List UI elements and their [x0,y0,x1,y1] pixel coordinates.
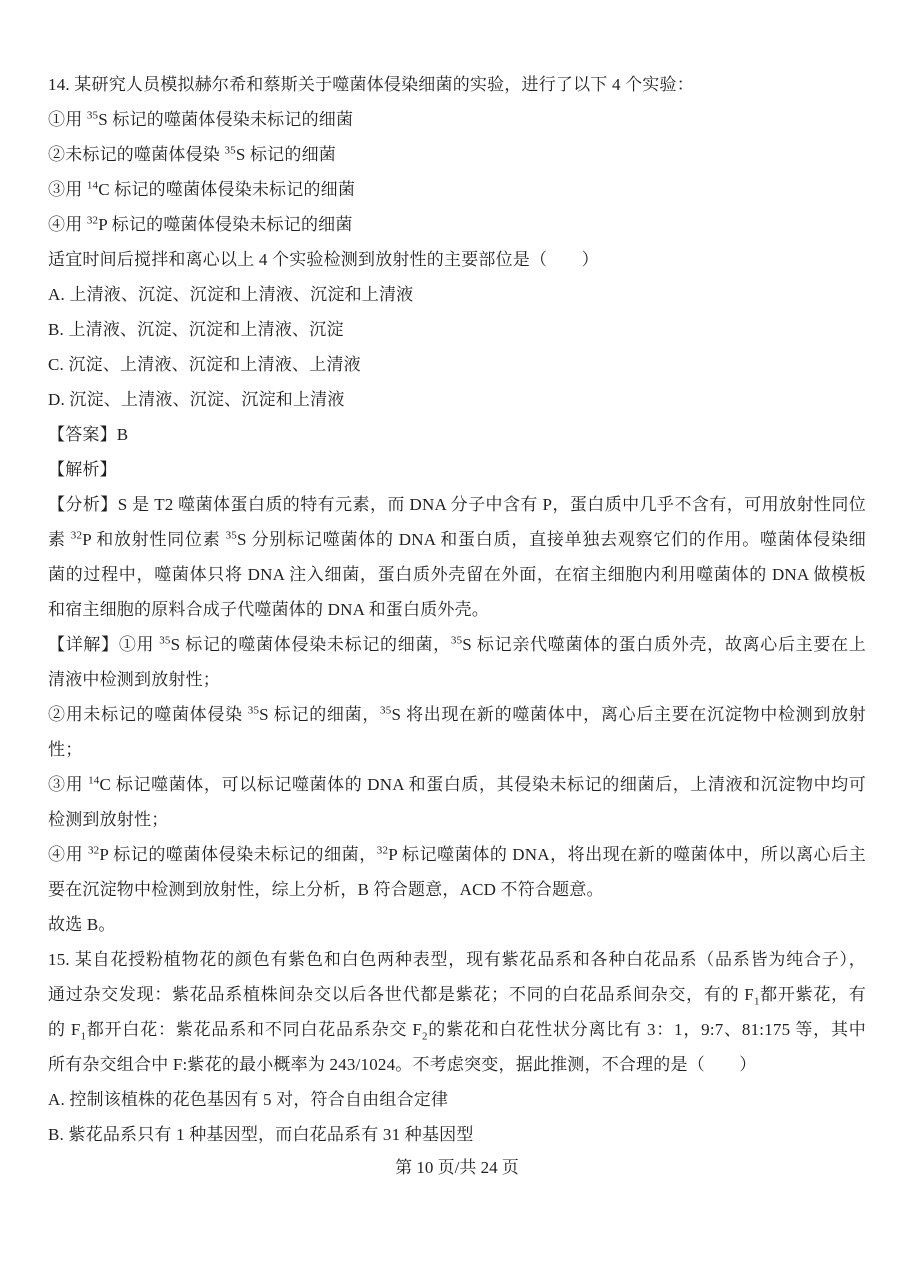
q15-option-a: A. 控制该植株的花色基因有 5 对，符合自由组合定律 [48,1082,866,1117]
q14-detail-4-line-1: ④用 32P 标记的噬菌体侵染未标记的细菌，32P 标记噬菌体的 DNA，将出现… [48,837,866,872]
q14-analysis-line-3: 菌的过程中，噬菌体只将 DNA 注入细菌，蛋白质外壳留在外面，在宿主细胞内利用噬… [48,557,866,592]
q14-option-c: C. 沉淀、上清液、沉淀和上清液、上清液 [48,347,866,382]
q14-analysis-line-1: 【分析】S 是 T2 噬菌体蛋白质的特有元素，而 DNA 分子中含有 P，蛋白质… [48,487,866,522]
q14-option-d: D. 沉淀、上清液、沉淀、沉淀和上清液 [48,382,866,417]
exam-page: 14. 某研究人员模拟赫尔希和蔡斯关于噬菌体侵染细菌的实验，进行了以下 4 个实… [0,0,900,1273]
q15-option-b: B. 紫花品系只有 1 种基因型，而白花品系有 31 种基因型 [48,1117,866,1152]
q14-detail-2-line-2: 性； [48,732,866,767]
q14-analysis-heading: 【解析】 [48,452,866,487]
page-footer: 第 10 页/共 24 页 [48,1152,866,1187]
q14-detail-3-line-1: ③用 14C 标记噬菌体，可以标记噬菌体的 DNA 和蛋白质，其侵染未标记的细菌… [48,767,866,802]
q14-analysis-line-2: 素 32P 和放射性同位素 35S 分别标记噬菌体的 DNA 和蛋白质，直接单独… [48,522,866,557]
q14-question-line: 适宜时间后搅拌和离心以上 4 个实验检测到放射性的主要部位是（ ） [48,242,866,277]
q14-detail-4-line-2: 要在沉淀物中检测到放射性，综上分析，B 符合题意，ACD 不符合题意。 [48,872,866,907]
page-content: 14. 某研究人员模拟赫尔希和蔡斯关于噬菌体侵染细菌的实验，进行了以下 4 个实… [48,67,866,1187]
q15-stem-line-1: 15. 某自花授粉植物花的颜色有紫色和白色两种表型，现有紫花品系和各种白花品系（… [48,942,866,977]
q14-answer: 【答案】B [48,417,866,452]
q14-stem: 14. 某研究人员模拟赫尔希和蔡斯关于噬菌体侵染细菌的实验，进行了以下 4 个实… [48,67,866,102]
q15-stem-line-4: 所有杂交组合中 F:紫花的最小概率为 243/1024。不考虑突变，据此推测，不… [48,1047,866,1082]
q15-stem-line-3: 的 F1都开白花：紫花品系和不同白花品系杂交 F2的紫花和白花性状分离比有 3：… [48,1012,866,1047]
q14-detail-1-line-1: 【详解】①用 35S 标记的噬菌体侵染未标记的细菌，35S 标记亲代噬菌体的蛋白… [48,627,866,662]
q14-option-a: A. 上清液、沉淀、沉淀和上清液、沉淀和上清液 [48,277,866,312]
q14-detail-2-line-1: ②用未标记的噬菌体侵染 35S 标记的细菌，35S 将出现在新的噬菌体中，离心后… [48,697,866,732]
q14-detail-3-line-2: 检测到放射性； [48,802,866,837]
q14-experiment-3: ③用 14C 标记的噬菌体侵染未标记的细菌 [48,172,866,207]
q14-experiment-1: ①用 35S 标记的噬菌体侵染未标记的细菌 [48,102,866,137]
q14-experiment-4: ④用 32P 标记的噬菌体侵染未标记的细菌 [48,207,866,242]
q14-conclusion: 故选 B。 [48,907,866,942]
q14-experiment-2: ②未标记的噬菌体侵染 35S 标记的细菌 [48,137,866,172]
q14-option-b: B. 上清液、沉淀、沉淀和上清液、沉淀 [48,312,866,347]
q15-stem-line-2: 通过杂交发现：紫花品系植株间杂交以后各世代都是紫花；不同的白花品系间杂交，有的 … [48,977,866,1012]
q14-analysis-line-4: 和宿主细胞的原料合成子代噬菌体的 DNA 和蛋白质外壳。 [48,592,866,627]
q14-detail-1-line-2: 清液中检测到放射性； [48,662,866,697]
